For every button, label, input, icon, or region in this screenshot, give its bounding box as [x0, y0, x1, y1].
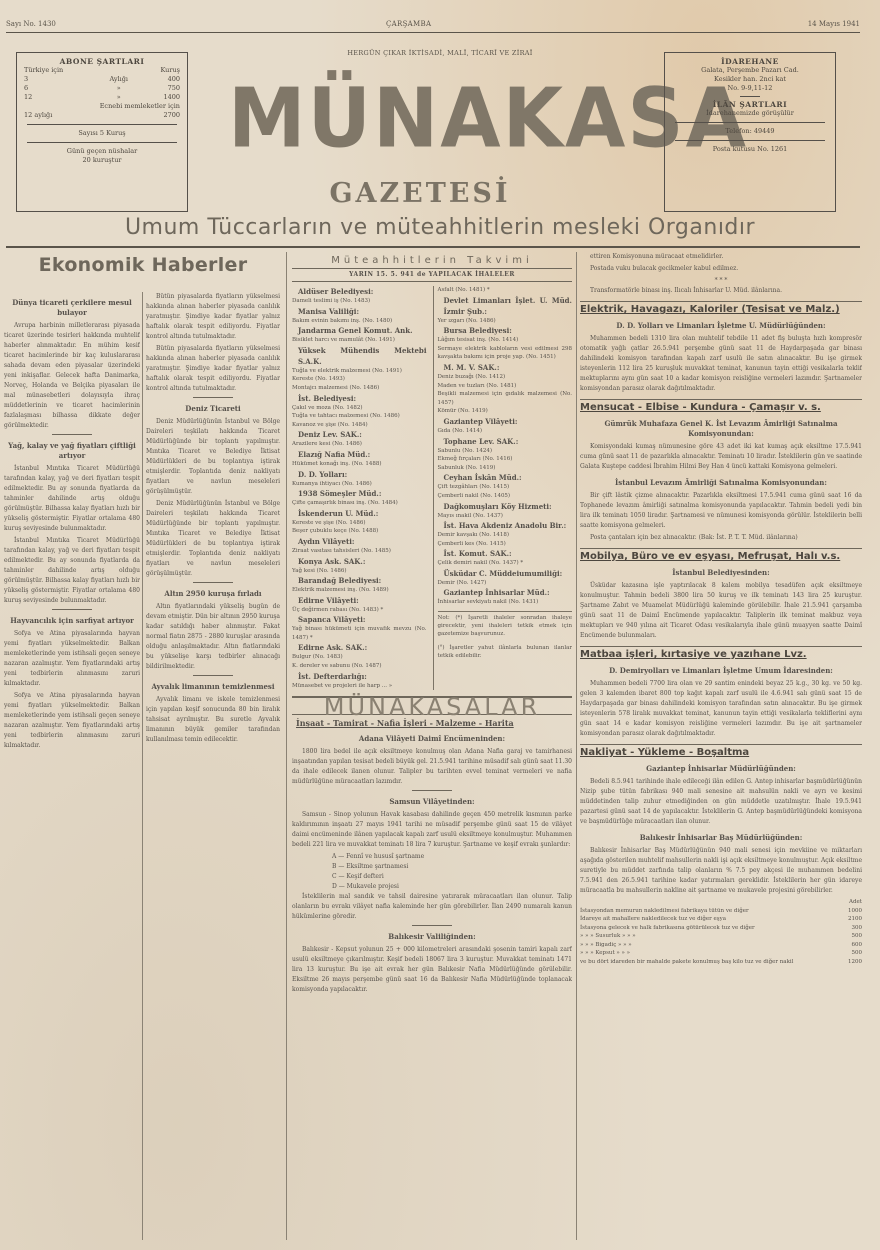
- takvim-item: Yer ızgarı (No. 1486): [438, 317, 573, 326]
- top-divider: [6, 32, 860, 33]
- takvim-note: Not: (*) İşaretli ihaleler sonradan ihal…: [438, 611, 573, 638]
- takvim-item: Maden ve tuzları (No. 1481): [438, 382, 573, 391]
- notice-body: Balıkesir - Kepsut yolunun 25 + 000 kilo…: [292, 945, 572, 995]
- takvim-grid: Aldüser Belediyesi:Dameli teslimi iş (No…: [292, 286, 572, 690]
- takvim-item: Ziraat vasıtası tahsisleri (No. 1485): [292, 547, 427, 556]
- takvim-org: Gaziantep Vilâyeti:: [438, 416, 573, 427]
- separator-stars: * * *: [580, 276, 862, 286]
- article-body: Sofya ve Atina piyasalarında hayvan yemi…: [4, 691, 140, 751]
- divider: [193, 397, 233, 398]
- table-cell: 500: [838, 932, 862, 941]
- takvim-item: Çakıl ve moza (No. 1482): [292, 404, 427, 413]
- notice-head: Adana Vilâyeti Daimî Encümeninden:: [292, 734, 572, 744]
- article-headline: Deniz Ticareti: [146, 404, 280, 414]
- notice-head: Gaziantep İnhisarlar Müdürlüğünden:: [580, 764, 862, 774]
- takvim-item: Gıda (No. 1414): [438, 427, 573, 436]
- table-header: Adet: [838, 898, 862, 907]
- takvim-org: Yüksek Mühendis Mektebi S.A.K.: [292, 345, 427, 367]
- po-box: Posta kutusu No. 1261: [669, 145, 831, 154]
- takvim-item: Dameli teslimi iş (No. 1483): [292, 297, 427, 306]
- takvim-org: Dağkomuşları Köy Hizmeti:: [438, 501, 573, 512]
- table-cell: » » » Bigadiç » » »: [580, 941, 838, 950]
- subscription-box: ABONE ŞARTLARI Türkiye için Kuruş 3Aylığ…: [16, 52, 188, 212]
- notice-head: İstanbul Belediyesinden:: [580, 568, 862, 578]
- takvim-column: Müteahhitlerin Takvimi YARIN 15. 5. 941 …: [292, 252, 572, 1242]
- subscription-row: 12»1400: [21, 93, 183, 102]
- table-row: » » » Kepsut » » »500: [580, 949, 862, 958]
- table-cell: » » » Kepsut » » »: [580, 949, 838, 958]
- takvim-item: Kereste ve şişe (No. 1486): [292, 519, 427, 528]
- takvim-org: Sapanca Vilâyeti:: [292, 614, 427, 625]
- takvim-org: Tophane Lev. SAK.:: [438, 436, 573, 447]
- notice-body: Posta çantaları için bez alınacaktır. (B…: [580, 533, 862, 543]
- takvim-org: Manisa Valiliği:: [292, 306, 427, 317]
- section-heading: Nakliyat - Yükleme - Boşaltma: [580, 744, 862, 758]
- subscription-table: Türkiye için Kuruş 3Aylığı400 6»750 12»1…: [21, 66, 183, 120]
- subscription-row: 6»750: [21, 84, 183, 93]
- takvim-org: M. M. V. SAK.:: [438, 362, 573, 373]
- article-body: İstanbul Mıntıka Ticaret Müdürlüğü taraf…: [4, 464, 140, 534]
- notice-head: İstanbul Levazım Âmirliği Satınalma Komi…: [580, 478, 862, 488]
- office-title: İDAREHANE: [669, 57, 831, 66]
- notice-body: 1800 lira bedel ile açık eksiltmeye konu…: [292, 747, 572, 787]
- single-price: Sayısı 5 Kuruş: [21, 129, 183, 138]
- column-divider: [142, 292, 143, 1240]
- takvim-item: Mayıs ınakil (No. 1437): [438, 512, 573, 521]
- divider: [52, 609, 92, 610]
- takvim-item: Tuğla ve tahtacı malzemesi (No. 1486): [292, 412, 427, 421]
- notice-head: Balıkesir Valiliğinden:: [292, 932, 572, 942]
- notice-body: Transformatörle binası inş. Ilıcalı İnhi…: [580, 286, 862, 296]
- table-cell: 1000: [838, 907, 862, 916]
- right-column: ettiren Komisyonuna müracaat etmelidirle…: [580, 252, 862, 1242]
- takvim-item: Asfalt (No. 1481) *: [438, 286, 573, 295]
- takvim-item: Çelik demiri nakil (No. 1437) *: [438, 559, 573, 568]
- article-body: İstanbul Mıntıka Ticaret Müdürlüğü taraf…: [4, 536, 140, 606]
- divider: [412, 925, 452, 926]
- issue-number: Sayı No. 1430: [6, 20, 56, 28]
- takvim-item: Sabunlu (No. 1424): [438, 447, 573, 456]
- table-cell: 500: [838, 949, 862, 958]
- notice-head: D. D. Yolları ve Limanları İşletme U. Mü…: [580, 321, 862, 331]
- takvim-item: Çifte çamaşırlık binası inş. (No. 1484): [292, 499, 427, 508]
- notice-body: ettiren Komisyonuna müracaat etmelidirle…: [580, 252, 862, 262]
- takvim-item: Beşer çubuklu keçe (No. 1488): [292, 527, 427, 536]
- ekonomik-header: Ekonomik Haberler: [4, 256, 282, 272]
- masthead-motto: Umum Tüccarların ve müteahhitlerin mesle…: [0, 215, 880, 240]
- table-cell: ve bu dört idareden bir mahalde pakete k…: [580, 958, 838, 967]
- notice-list: A — Fennî ve hususî şartname B — Eksiltm…: [292, 852, 572, 892]
- masthead-divider: [6, 246, 860, 248]
- takvim-item: Tuğla ve elektrik malzemesi (No. 1491): [292, 367, 427, 376]
- takvim-item: Sabunluk (No. 1419): [438, 464, 573, 473]
- section-heading: Matbaa işleri, kırtasiye ve yazıhane Lvz…: [580, 646, 862, 660]
- takvim-item: Ekmeğ fırçaları (No. 1416): [438, 455, 573, 464]
- article-body: Bütün piyasalarda fiyatların yükselmesi …: [146, 344, 280, 394]
- divider: [412, 790, 452, 791]
- table-row: İstasyona gelecek ve halk fabrikasına gö…: [580, 924, 862, 933]
- takvim-org: İst. Hava Akdeniz Anadolu Bir.:: [438, 520, 573, 531]
- masthead-title: MÜNAKASA: [228, 78, 628, 160]
- foreign-label: Ecnebi memleketler için: [21, 102, 183, 111]
- takvim-left: Aldüser Belediyesi:Dameli teslimi iş (No…: [292, 286, 427, 690]
- ekonomik-column-1: Dünya ticareti çerkilere mesul bulayor A…: [4, 292, 140, 1242]
- table-row: » » » Bigadiç » » »600: [580, 941, 862, 950]
- takvim-org: İst. Defterdarlığı:: [292, 671, 427, 682]
- takvim-org: İskenderun U. Müd.:: [292, 508, 427, 519]
- takvim-item: Sermaye elektrik kabloların vesi edilmes…: [438, 345, 573, 362]
- right-sections: Elektrik, Havagazı, Kaloriler (Tesisat v…: [580, 301, 862, 966]
- takvim-right: Asfalt (No. 1481) *Devlet Limanları İşle…: [433, 286, 573, 690]
- article-headline: Dünya ticareti çerkilere mesul bulayor: [4, 298, 140, 318]
- takvim-note: (°) İşaretler yahut ilânlarla bulunan il…: [438, 642, 573, 660]
- takvim-item: Çemberli kes (No. 1415): [438, 540, 573, 549]
- weekday: ÇARŞAMBA: [386, 20, 431, 28]
- table-cell: İdareye ait mahallere nakledilecek tuz v…: [580, 915, 838, 924]
- takvim-item: Elektrik malzemesi inş. (No. 1489): [292, 586, 427, 595]
- office-address-3: No. 9-9,11-12: [669, 84, 831, 93]
- takvim-org: Barandağ Belediyesi:: [292, 575, 427, 586]
- takvim-org: Edirne Ask. SAK.:: [292, 642, 427, 653]
- article-body: Altın fiyatlarındaki yükseliş bugün de d…: [146, 602, 280, 672]
- article-headline: Yağ, kalay ve yağ fiyatları çiftliği art…: [4, 441, 140, 461]
- takvim-item: Hükümet konağı inş. (No. 1488): [292, 460, 427, 469]
- issue-date: 14 Mayıs 1941: [808, 20, 860, 28]
- ads-title: İLÂN ŞARTLARI: [669, 100, 831, 109]
- section-heading: Mensucat - Elbise - Kundura - Çamaşır v.…: [580, 399, 862, 413]
- phone: Telefon: 49449: [669, 127, 831, 136]
- article-headline: Altın 2950 kuruşa fırladı: [146, 589, 280, 599]
- notice-body: Bir çift lâstik çizme alınacaktır. Pazar…: [580, 491, 862, 531]
- table-row: İdareye ait mahallere nakledilecek tuz v…: [580, 915, 862, 924]
- table-cell: » » » Susurluk » » »: [580, 932, 838, 941]
- takvim-item: Arazilere kesi (No. 1486): [292, 440, 427, 449]
- subscription-row: 3Aylığı400: [21, 75, 183, 84]
- list-item: A — Fennî ve hususî şartname: [332, 852, 572, 862]
- article-headline: Ayvalık limanının temizlenmesi: [146, 682, 280, 692]
- takvim-org: Ceyhan İskân Müd.:: [438, 472, 573, 483]
- takvim-item: Kavanoz ve şişe (No. 1484): [292, 421, 427, 430]
- divider: [27, 142, 177, 143]
- back-issue-price: 20 kuruştur: [21, 156, 183, 165]
- takvim-item: Kömür (No. 1419): [438, 407, 573, 416]
- divider: [675, 140, 825, 141]
- takvim-org: Aldüser Belediyesi:: [292, 286, 427, 297]
- list-item: D — Mukavele projesi: [332, 882, 572, 892]
- takvim-item: Kumanya ihtiyacı (No. 1486): [292, 480, 427, 489]
- divider: [27, 124, 177, 125]
- takvim-title: Müteahhitlerin Takvimi: [292, 256, 572, 266]
- munakasalar-title: MÜNAKASALAR: [292, 696, 572, 712]
- masthead-tagline: HERGÜN ÇIKAR İKTİSADİ, MALÎ, TİCARÎ VE Z…: [300, 49, 580, 57]
- takvim-item: İnhisarlar sevkiyatı nakil (No. 1431): [438, 598, 573, 607]
- divider: [740, 96, 760, 97]
- takvim-org: Konya Ask. SAK.:: [292, 556, 427, 567]
- takvim-org: Elazığ Nafia Müd.:: [292, 449, 427, 460]
- takvim-org: Deniz Lev. SAK.:: [292, 429, 427, 440]
- list-item: B — Eksiltme şartnamesi: [332, 862, 572, 872]
- table-cell: 2100: [838, 915, 862, 924]
- notice-body: Muhammen bedeli 7700 lira olan ve 29 san…: [580, 679, 862, 739]
- takvim-item: Bakım evinin bakımı inş. (No. 1480): [292, 317, 427, 326]
- divider: [193, 582, 233, 583]
- table-cell: İstasyona gelecek ve halk fabrikasına gö…: [580, 924, 838, 933]
- office-address-1: Galata, Perşembe Pazarı Cad.: [669, 66, 831, 75]
- takvim-item: Montajcı malzemesi (No. 1486): [292, 384, 427, 393]
- takvim-item: Yağ binası hükümeti için muvafık mevzu (…: [292, 625, 427, 642]
- takvim-org: Jandarma Genel Komut. Ank.: [292, 325, 427, 336]
- takvim-item: Yağ kesi (No. 1486): [292, 567, 427, 576]
- notice-body: Komisyondaki kumaş nümunesine göre 43 ad…: [580, 442, 862, 472]
- notice-head: Samsun Vilâyetinden:: [292, 797, 572, 807]
- section-heading: Mobilya, Büro ve ev eşyası, Mefruşat, Ha…: [580, 548, 862, 562]
- takvim-item: Münasebet ve projeleri ile harp ... »: [292, 682, 427, 691]
- takvim-item: K. dereler ve sabunu (No. 1487): [292, 662, 427, 671]
- takvim-item: Çemberli nakil (No. 1405): [438, 492, 573, 501]
- masthead-subtitle: GAZETESİ: [300, 178, 540, 209]
- takvim-item: Bulgur (No. 1483): [292, 653, 427, 662]
- takvim-org: Bursa Belediyesi:: [438, 325, 573, 336]
- divider: [52, 434, 92, 435]
- notice-body: Bedeli 8.5.941 tarihinde ihale edileceği…: [580, 777, 862, 827]
- article-body: Avrupa harbinin milletlerarası piyasada …: [4, 321, 140, 431]
- takvim-org: 1938 Sömeşler Müd.:: [292, 488, 427, 499]
- list-item: C — Keşif defteri: [332, 872, 572, 882]
- takvim-item: Üç değirmen rabası (No. 1483) *: [292, 606, 427, 615]
- column-divider: [286, 252, 287, 1240]
- section-heading: Elektrik, Havagazı, Kaloriler (Tesisat v…: [580, 301, 862, 315]
- notice-body: Postada vuku bulacak gecikmeler kabul ed…: [580, 264, 862, 274]
- notice-body: Muhammen bedeli 1310 lira olan muhtelif …: [580, 334, 862, 394]
- takvim-org: D. D. Yolları:: [292, 469, 427, 480]
- column-divider: [576, 252, 577, 1240]
- table-cell: İstasyondan memurun nakledilmesi fabrika…: [580, 907, 838, 916]
- table-row: ve bu dört idareden bir mahalde pakete k…: [580, 958, 862, 967]
- notice-body: Samsun - Sinop yolunun Havak kasabası da…: [292, 810, 572, 850]
- takvim-item: Lâğım tesisat inş. (No. 1414): [438, 336, 573, 345]
- article-headline: Hayvancılık için sarfiyat artıyor: [4, 616, 140, 626]
- table-row: İstasyondan memurun nakledilmesi fabrika…: [580, 907, 862, 916]
- notice-body: İsteklilerin mal sandık ve tahsil daires…: [292, 892, 572, 922]
- takvim-org: Edirne Vilâyeti:: [292, 595, 427, 606]
- notice-head: Balıkesir İnhisarlar Baş Müdürlüğünden:: [580, 833, 862, 843]
- takvim-org: Aydın Vilâyeti:: [292, 536, 427, 547]
- table-cell: 600: [838, 941, 862, 950]
- notice-body: Balıkesir İnhisarlar Baş Müdürlüğünün 94…: [580, 846, 862, 896]
- article-body: Ayvalık limanı ve iskele temizlenmesi iç…: [146, 695, 280, 745]
- divider: [193, 675, 233, 676]
- notice-body: Üsküdar kazasına işle yaptırılacak 8 kal…: [580, 581, 862, 641]
- ekonomik-column-2: Bütün piyasalarda fiyatların yükselmesi …: [146, 292, 280, 1242]
- notice-head: Gümrük Muhafaza Genel K. İst Levazım Âmi…: [580, 419, 862, 439]
- article-body: Bütün piyasalarda fiyatların yükselmesi …: [146, 292, 280, 342]
- takvim-org: İst. Belediyesi:: [292, 393, 427, 404]
- subscription-title: ABONE ŞARTLARI: [21, 57, 183, 66]
- takvim-subtitle: YARIN 15. 5. 941 de YAPILACAK İHALELER: [292, 268, 572, 282]
- article-body: Deniz Müdürlüğünün İstanbul ve Bölge Dai…: [146, 417, 280, 497]
- table-cell: 300: [838, 924, 862, 933]
- article-body: Sofya ve Atina piyasalarında hayvan yemi…: [4, 629, 140, 689]
- takvim-item: Kereste (No. 1493): [292, 375, 427, 384]
- takvim-item: Beşikli malzemesi için gıdalık malzemesi…: [438, 390, 573, 407]
- ads-text: İdarehanemizde görüşülür: [669, 109, 831, 118]
- office-box: İDAREHANE Galata, Perşembe Pazarı Cad. K…: [664, 52, 836, 212]
- back-issue-note: Günü geçen nüshalar: [21, 147, 183, 156]
- section-title: Ekonomik Haberler: [4, 260, 282, 270]
- quantity-table: Adetİstasyondan memurun nakledilmesi fab…: [580, 898, 862, 966]
- notice-head: D. Demiryolları ve Limanları İşletme Umu…: [580, 666, 862, 676]
- divider: [675, 122, 825, 123]
- takvim-item: Demir kavşakı (No. 1418): [438, 531, 573, 540]
- takvim-org: Gaziantep İnhisarlar Müd.:: [438, 587, 573, 598]
- table-row: » » » Susurluk » » »500: [580, 932, 862, 941]
- subscription-row: 12 aylığı2700: [21, 111, 183, 120]
- table-cell: 1200: [838, 958, 862, 967]
- office-address-2: Kesikler han. 2nci kat: [669, 75, 831, 84]
- takvim-org: Üsküdar C. Müddeiumumiliği:: [438, 568, 573, 579]
- article-body: Deniz Müdürlüğünün İstanbul ve Bölge Dai…: [146, 499, 280, 579]
- takvim-item: Deniz buzağı (No. 1412): [438, 373, 573, 382]
- takvim-item: Demir (No. 1427): [438, 579, 573, 588]
- takvim-org: Devlet Limanları İşlet. U. Müd. İzmir Şu…: [438, 295, 573, 317]
- takvim-org: İst. Komut. SAK.:: [438, 548, 573, 559]
- takvim-item: Bisiklet harcı ve mamulât (No. 1491): [292, 336, 427, 345]
- takvim-item: Çift tezgâhları (No. 1415): [438, 483, 573, 492]
